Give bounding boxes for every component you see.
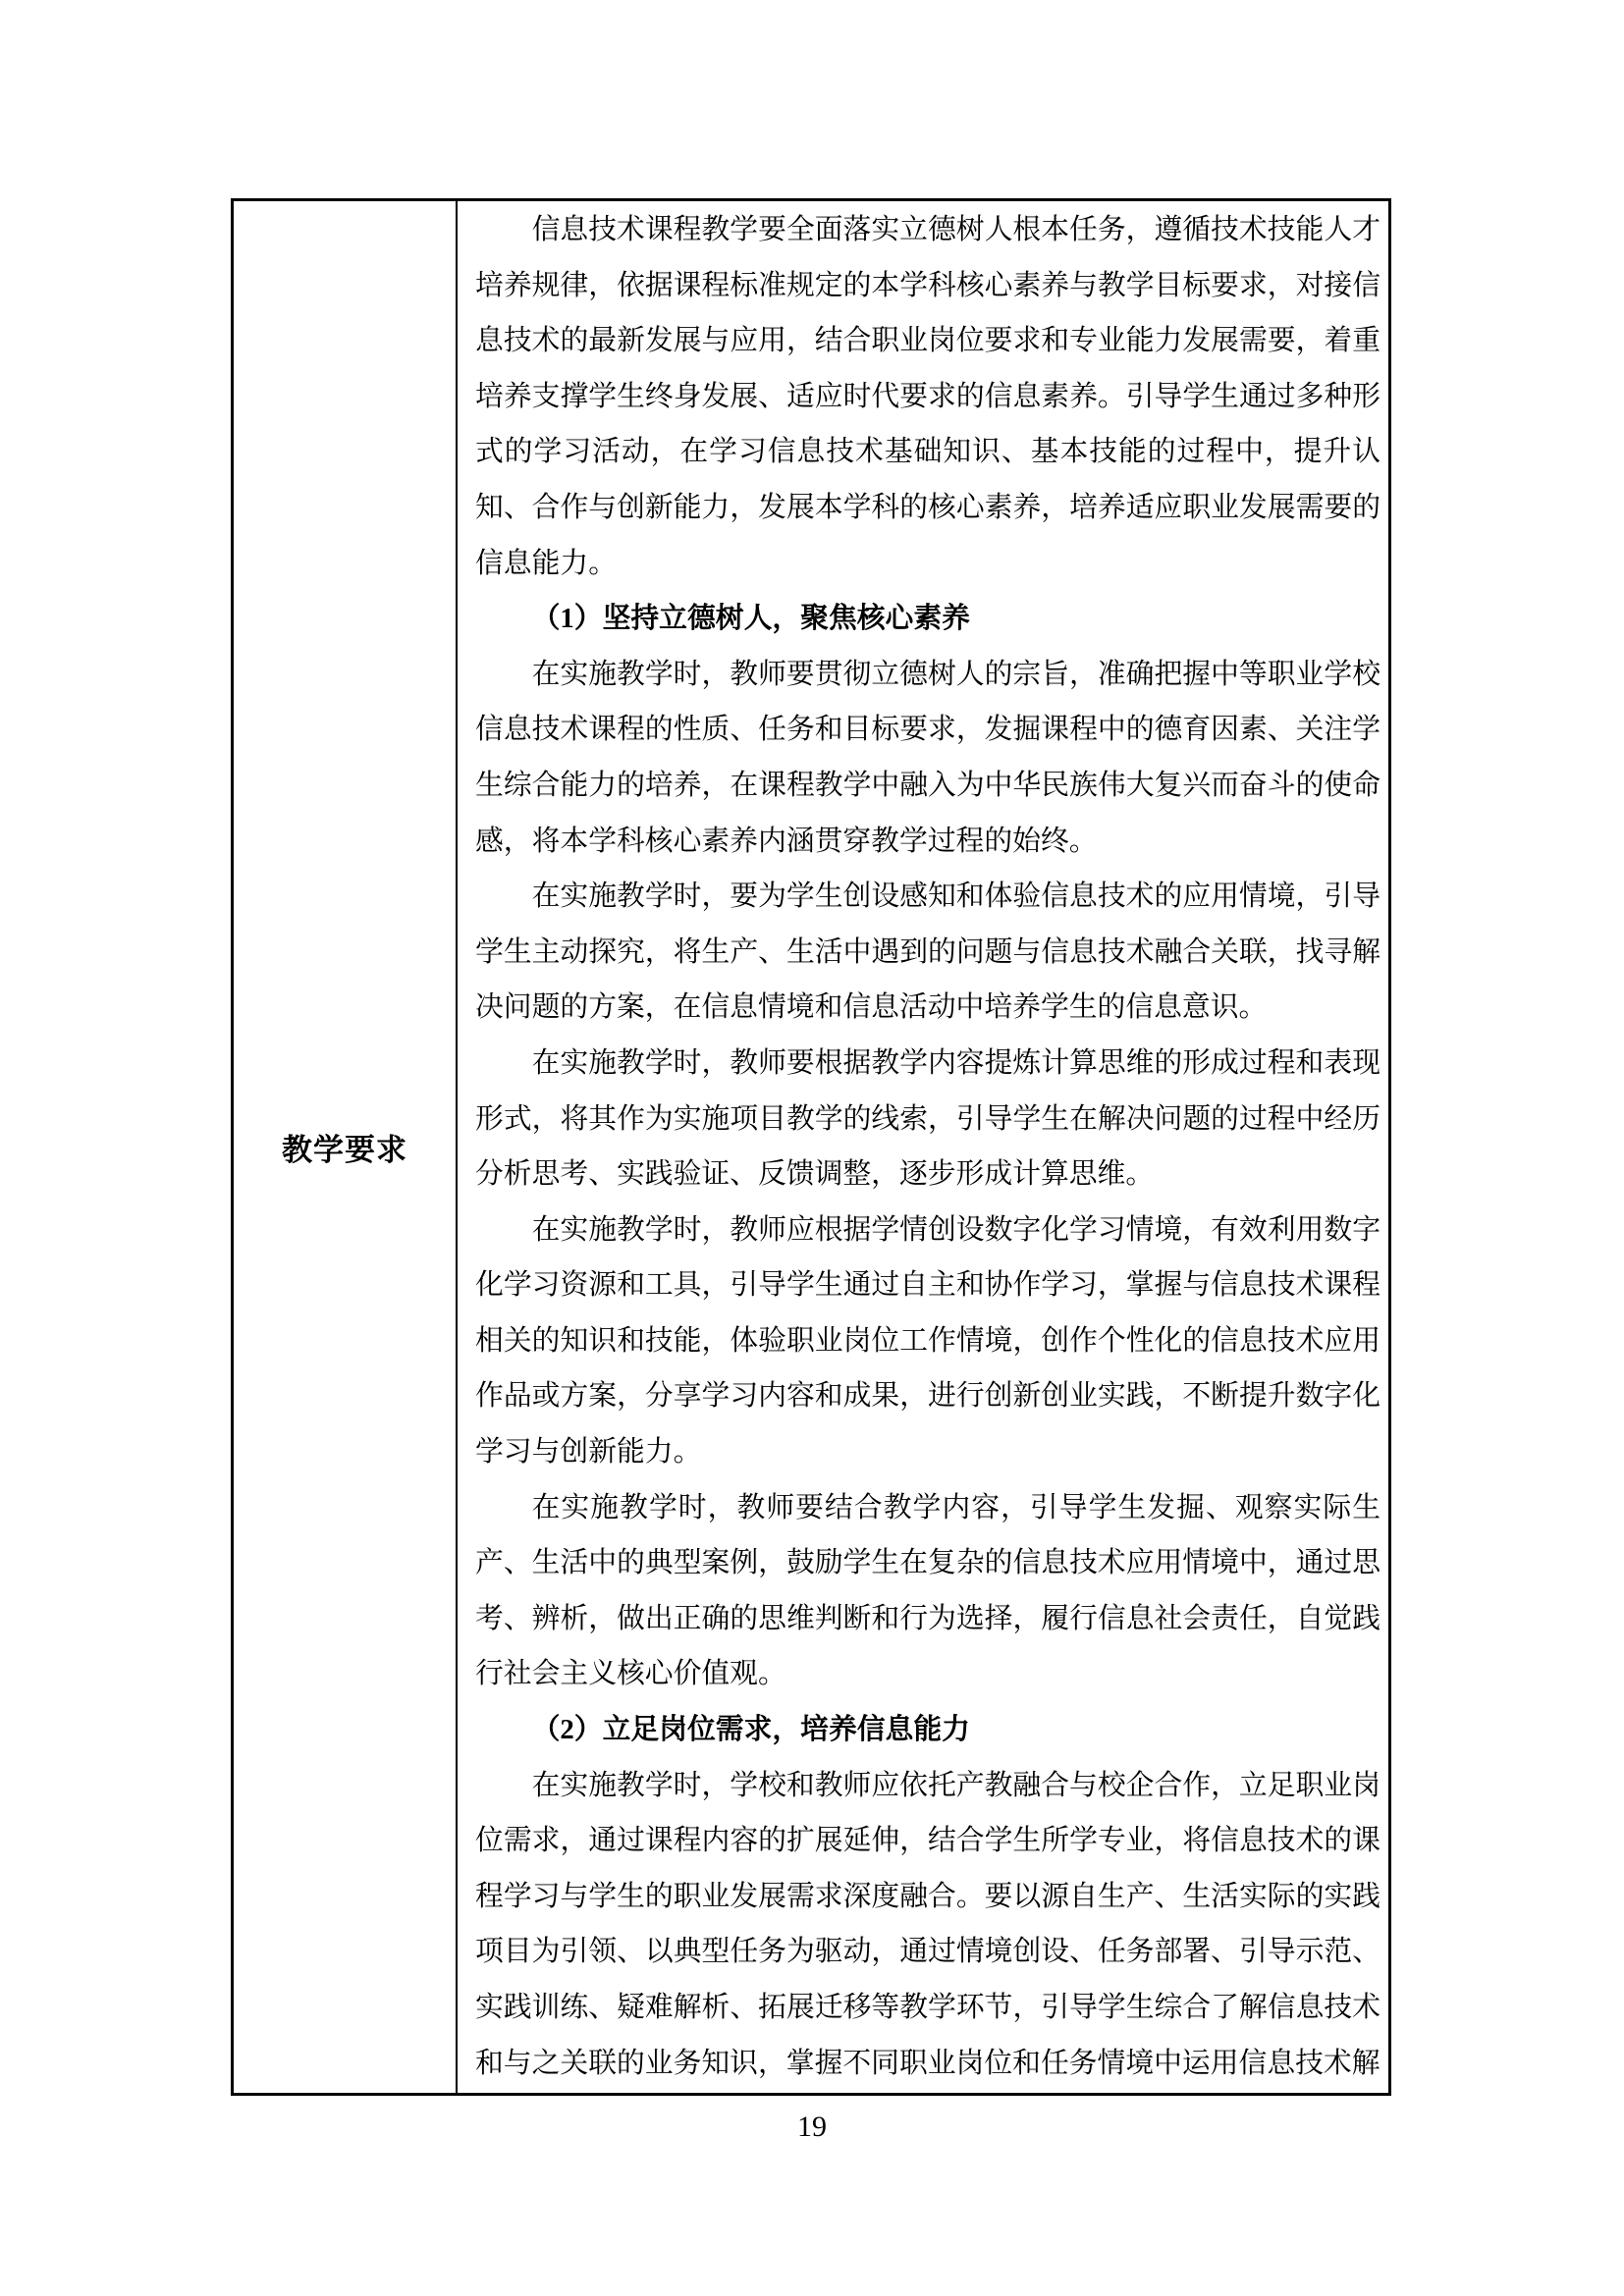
section-heading-2: （2）立足岗位需求，培养信息能力 [475, 1702, 1380, 1758]
requirements-table: 教学要求 信息技术课程教学要全面落实立德树人根本任务，遵循技术技能人才培养规律，… [231, 198, 1391, 2096]
paragraph: 在实施教学时，要为学生创设感知和体验信息技术的应用情境，引导学生主动探究，将生产… [475, 869, 1380, 1036]
row-label: 教学要求 [282, 1125, 407, 1169]
paragraph: 在实施教学时，教师要结合教学内容，引导学生发掘、观察实际生产、生活中的典型案例，… [475, 1480, 1380, 1702]
intro-paragraph: 信息技术课程教学要全面落实立德树人根本任务，遵循技术技能人才培养规律，依据课程标… [475, 202, 1380, 591]
paragraph: 在实施教学时，教师应根据学情创设数字化学习情境，有效利用数字化学习资源和工具，引… [475, 1202, 1380, 1480]
paragraph: 在实施教学时，学校和教师应依托产教融合与校企合作，立足职业岗位需求，通过课程内容… [475, 1758, 1380, 2092]
paragraph: 在实施教学时，教师要根据教学内容提炼计算思维的形成过程和表现形式，将其作为实施项… [475, 1036, 1380, 1202]
paragraph: 在实施教学时，教师要贯彻立德树人的宗旨，准确把握中等职业学校信息技术课程的性质、… [475, 647, 1380, 869]
page-number: 19 [0, 2110, 1624, 2144]
row-label-cell: 教学要求 [234, 201, 458, 2093]
content-cell: 信息技术课程教学要全面落实立德树人根本任务，遵循技术技能人才培养规律，依据课程标… [458, 201, 1388, 2093]
document-page: { "page": { "number": "19" }, "table": {… [0, 0, 1624, 2296]
section-heading-1: （1）坚持立德树人，聚焦核心素养 [475, 591, 1380, 647]
